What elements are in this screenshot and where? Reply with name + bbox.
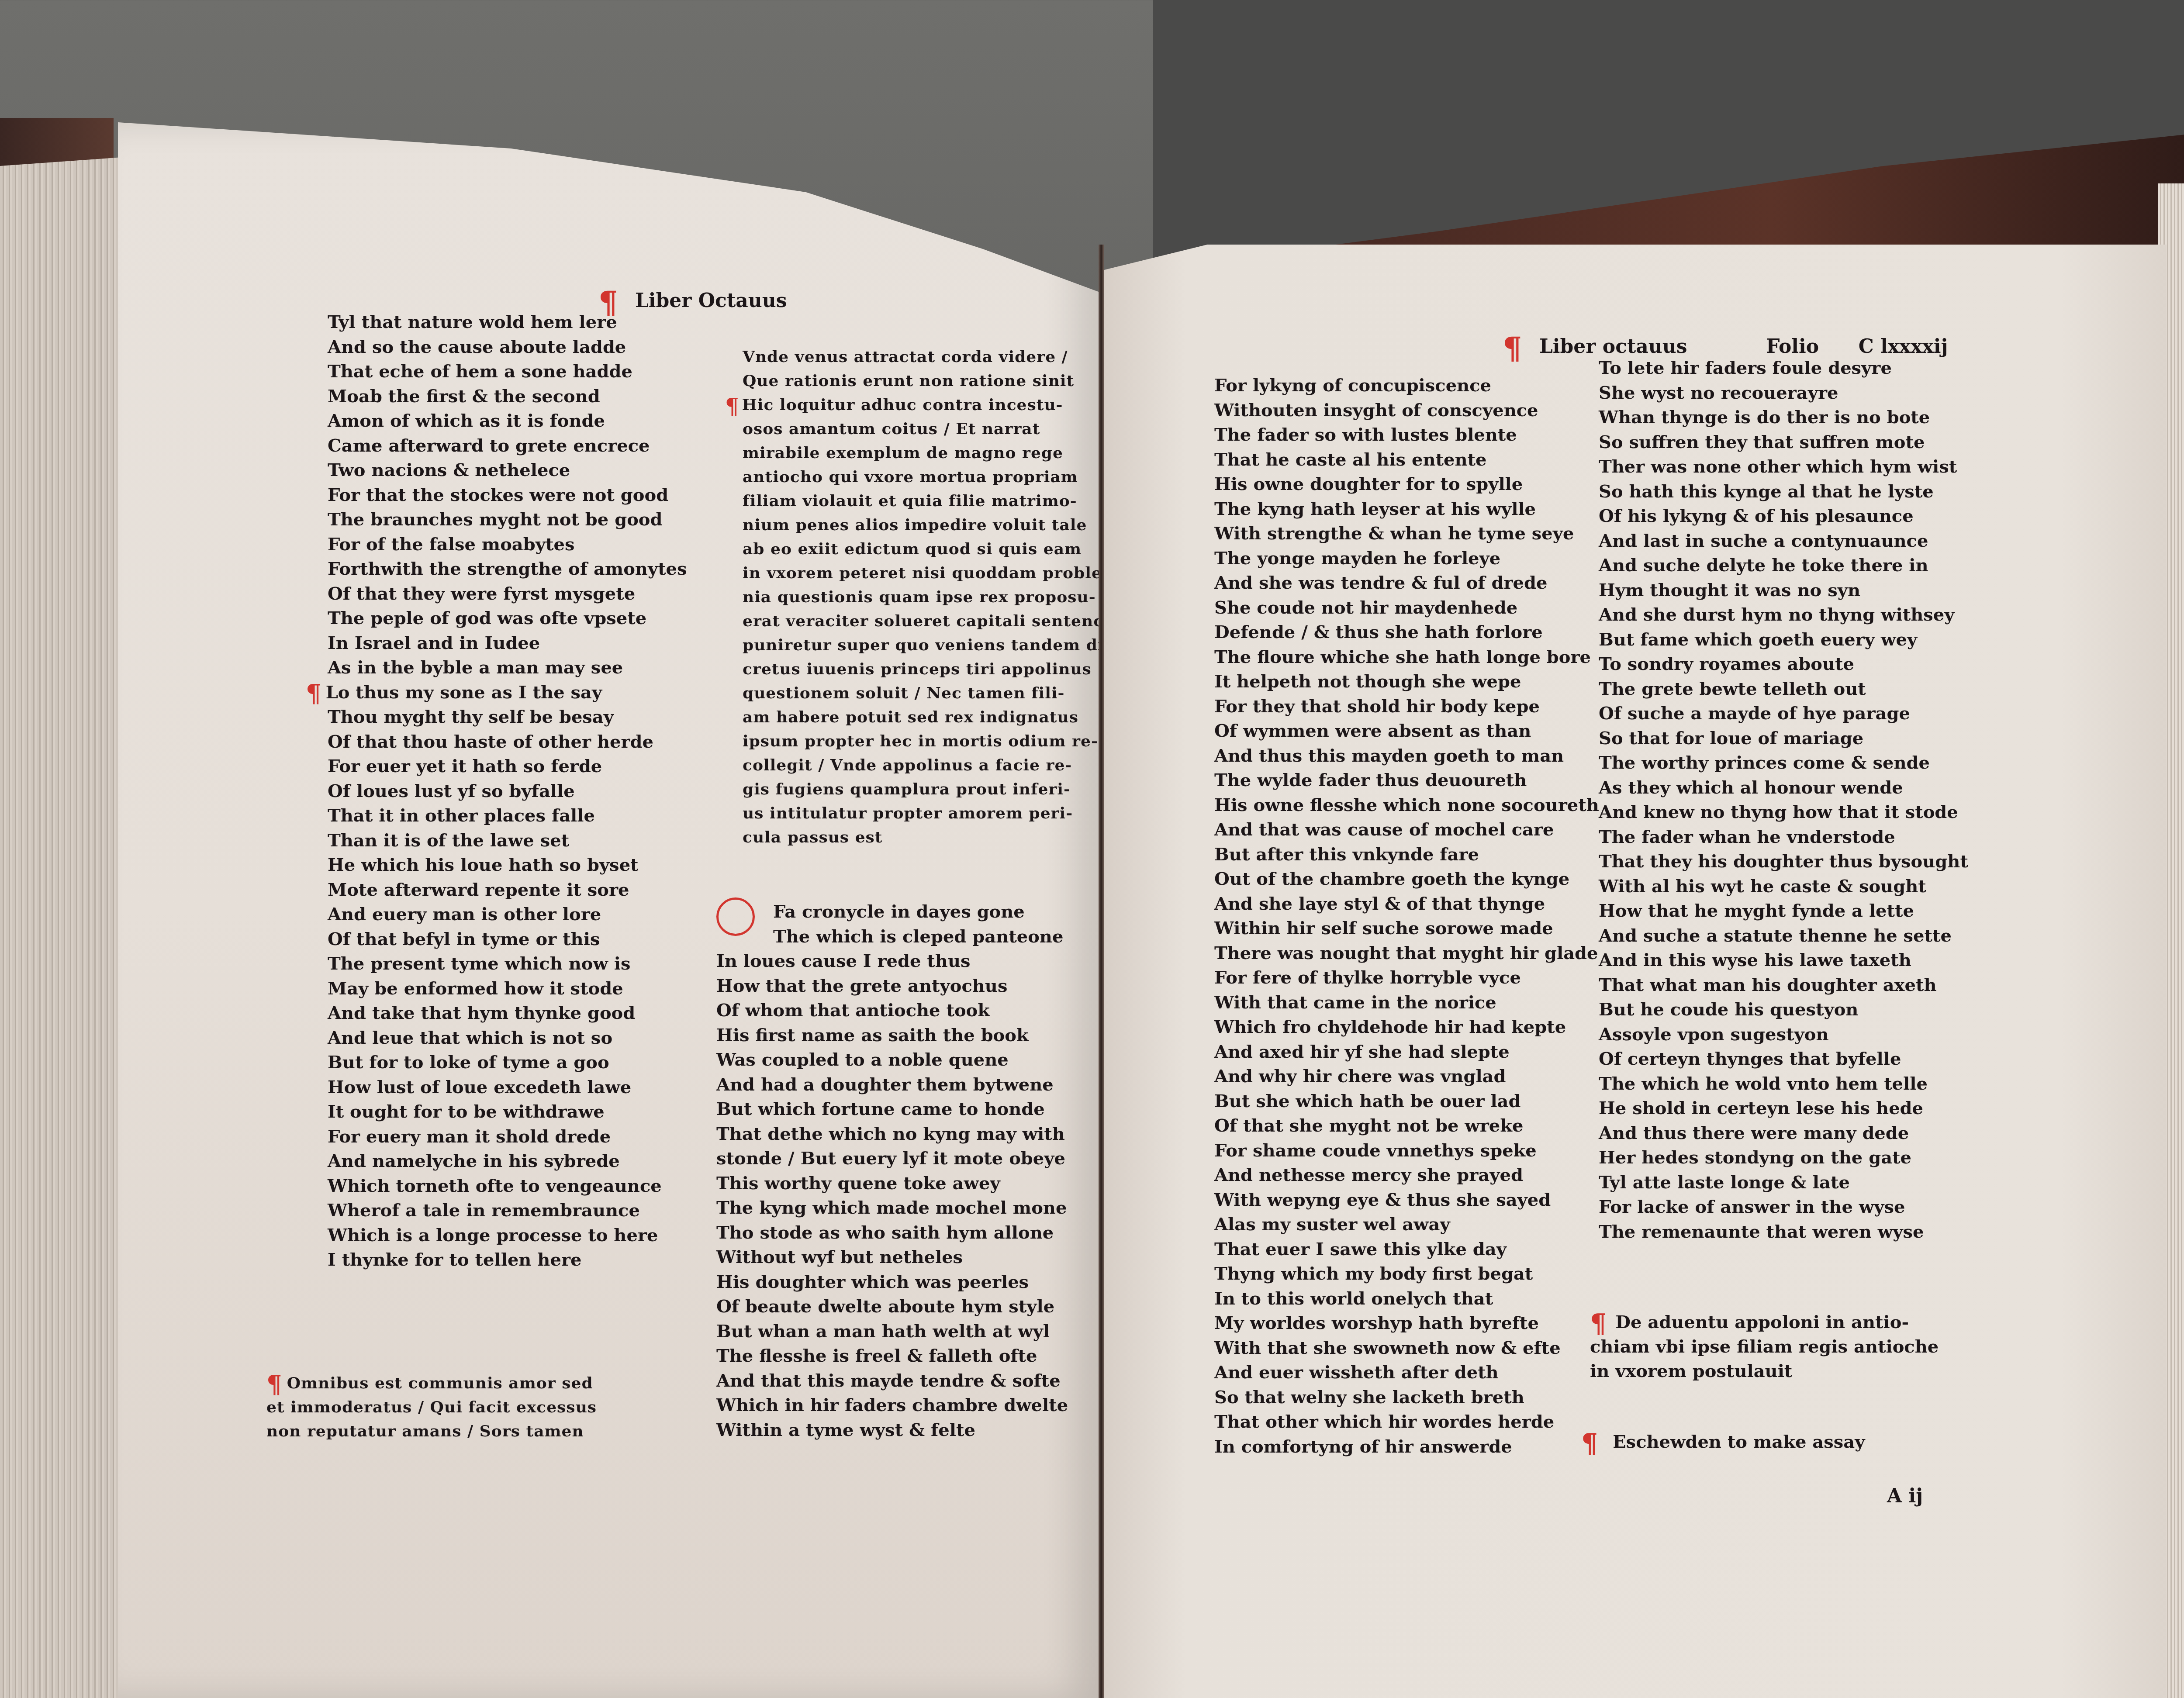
verse-line: With that she swowneth now & efte xyxy=(1214,1336,1599,1361)
verse-line: And euery man is other lore xyxy=(328,902,687,927)
verse-line: Forthwith the strengthe of amonytes xyxy=(328,557,687,582)
verse-line: With al his wyt he caste & sought xyxy=(1599,874,1968,899)
verse-line: For that the stockes were not good xyxy=(328,483,687,508)
verse-line: The which is cleped panteone xyxy=(716,925,1068,949)
verse-line: That what man his doughter axeth xyxy=(1599,973,1968,998)
verse-line: His first name as saith the book xyxy=(716,1023,1068,1048)
verse-line: And she durst hym no thyng withsey xyxy=(1599,603,1968,628)
verse-line: But he coude his questyon xyxy=(1599,997,1968,1022)
verse-line: And so the cause aboute ladde xyxy=(328,335,687,360)
verse-line: And she was tendre & ful of drede xyxy=(1214,571,1599,596)
verse-line: Than it is of the lawe set xyxy=(328,828,687,853)
verse-line: How that he myght fynde a lette xyxy=(1599,899,1968,924)
latin-line: osos amantum coitus / Et narrat xyxy=(743,417,1120,441)
verse-line: With that came in the norice xyxy=(1214,990,1599,1015)
verse-line: That euer I sawe this ylke day xyxy=(1214,1237,1599,1262)
verse-line: His doughter which was peerles xyxy=(716,1270,1068,1295)
latin-line: mirabile exemplum de magno rege xyxy=(743,441,1120,465)
pilcrow-icon: ¶ xyxy=(1590,1311,1607,1336)
verse-line: Of whom that antioche took xyxy=(716,998,1068,1023)
verse-line: Withouten insyght of conscyence xyxy=(1214,398,1599,423)
right-page-column-1: For lykyng of concupiscence Withouten in… xyxy=(1214,373,1599,1459)
verse-line: Of certeyn thynges that byfelle xyxy=(1599,1047,1968,1072)
verse-line: But she which hath be ouer lad xyxy=(1214,1089,1599,1114)
verse-line: Of that they were fyrst mysgete xyxy=(328,582,687,607)
verse-line: And knew no thyng how that it stode xyxy=(1599,800,1968,825)
verse-line: It ought for to be withdrawe xyxy=(328,1100,687,1125)
verse-line: The braunches myght not be good xyxy=(328,507,687,532)
verse-line: Which fro chyldehode hir had kepte xyxy=(1214,1015,1599,1040)
verse-line: And in this wyse his lawe taxeth xyxy=(1599,948,1968,973)
verse-line: In to this world onelych that xyxy=(1214,1287,1599,1311)
verse-line: Which in hir faders chambre dwelte xyxy=(716,1393,1068,1418)
pilcrow-icon: ¶ xyxy=(306,681,321,706)
verse-line: For fere of thylke horryble vyce xyxy=(1214,966,1599,990)
latin-line: in vxorem postulauit xyxy=(1590,1359,1939,1384)
verse-line: It helpeth not though she wepe xyxy=(1214,670,1599,694)
latin-line: antiocho qui vxore mortua propriam xyxy=(743,465,1120,489)
verse-line: May be enformed how it stode xyxy=(328,977,687,1001)
latin-line: non reputatur amans / Sors tamen xyxy=(266,1419,597,1443)
verse-line: For euer yet it hath so ferde xyxy=(328,754,687,779)
pilcrow-icon: ¶ xyxy=(266,1373,283,1397)
latin-line: ipsum propter hec in mortis odium re- xyxy=(743,729,1120,753)
latin-line: us intitulatur propter amorem peri- xyxy=(743,801,1120,825)
verse-line: This worthy quene toke awey xyxy=(716,1171,1068,1196)
signature-mark: A ij xyxy=(1887,1485,1923,1507)
verse-line: The wylde fader thus deuoureth xyxy=(1214,768,1599,793)
verse-line: The fader so with lustes blente xyxy=(1214,423,1599,448)
verse-line: How that the grete antyochus xyxy=(716,974,1068,999)
verse-line: Alas my suster wel away xyxy=(1214,1212,1599,1237)
page-block-edges-left xyxy=(0,157,122,1698)
latin-line: cula passus est xyxy=(743,825,1120,849)
verse-line: But fame which goeth euery wey xyxy=(1599,628,1968,652)
verse-line: His owne doughter for to spylle xyxy=(1214,472,1599,497)
verse-line: So hath this kynge al that he lyste xyxy=(1599,480,1968,504)
right-latin-rubric: ¶De aduentu appoloni in antio- chiam vbi… xyxy=(1590,1310,1939,1384)
latin-line: am habere potuit sed rex indignatus xyxy=(743,705,1120,729)
verse-line: Of his lykyng & of his plesaunce xyxy=(1599,504,1968,529)
verse-line: And had a doughter them bytwene xyxy=(716,1073,1068,1097)
verse-line: Hym thought it was no syn xyxy=(1599,578,1968,603)
verse-line: That dethe which no kyng may with xyxy=(716,1122,1068,1147)
verse-line: That it in other places falle xyxy=(328,804,687,828)
verse-line: Whan thynge is do ther is no bote xyxy=(1599,405,1968,430)
verse-line: And suche delyte he toke there in xyxy=(1599,553,1968,578)
verse-line: That they his doughter thus bysought xyxy=(1599,849,1968,874)
pilcrow-icon: ¶ xyxy=(1503,330,1522,366)
verse-line: Of wymmen were absent as than xyxy=(1214,719,1599,744)
pilcrow-icon: ¶ xyxy=(1581,1428,1598,1459)
verse-line: He which his loue hath so byset xyxy=(328,853,687,878)
latin-line: nia questionis quam ipse rex proposu- xyxy=(743,585,1120,609)
verse-line: But whan a man hath welth at wyl xyxy=(716,1319,1068,1344)
verse-line: So suffren they that suffren mote xyxy=(1599,430,1968,455)
verse-line: The floure whiche she hath longe bore xyxy=(1214,645,1599,670)
verse-line: And thus this mayden goeth to man xyxy=(1214,744,1599,769)
verse-line: She wyst no recouerayre xyxy=(1599,381,1968,406)
book-gutter xyxy=(1099,245,1104,1698)
verse-line: Of loues lust yf so byfalle xyxy=(328,779,687,804)
verse-line: For euery man it shold drede xyxy=(328,1125,687,1149)
verse-line-paragraph: ¶Lo thus my sone as I the say xyxy=(328,680,687,705)
verse-line: And last in suche a contynuaunce xyxy=(1599,529,1968,554)
verse-line: Moab the first & the second xyxy=(328,384,687,409)
verse-line: To sondry royames aboute xyxy=(1599,652,1968,677)
latin-line: collegit / Vnde appolinus a facie re- xyxy=(743,753,1120,777)
verse-line: And axed hir yf she had slepte xyxy=(1214,1040,1599,1065)
verse-line: In comfortyng of hir answerde xyxy=(1214,1435,1599,1460)
verse-line: And take that hym thynke good xyxy=(328,1001,687,1026)
verse-line: That other which hir wordes herde xyxy=(1214,1410,1599,1435)
rubricated-initial-o xyxy=(716,897,755,936)
verse-line: And leue that which is not so xyxy=(328,1026,687,1051)
verse-line: But after this vnkynde fare xyxy=(1214,842,1599,867)
verse-line: Two nacions & nethelece xyxy=(328,458,687,483)
verse-line: Out of the chambre goeth the kynge xyxy=(1214,867,1599,892)
verse-line: Without wyf but netheles xyxy=(716,1245,1068,1270)
left-page-column-2-verse: Fa cronycle in dayes gone The which is c… xyxy=(716,900,1068,1443)
verse-line: And euer wissheth after deth xyxy=(1214,1360,1599,1385)
verse-line: And why hir chere was vnglad xyxy=(1214,1064,1599,1089)
verse-line: That eche of hem a sone hadde xyxy=(328,359,687,384)
verse-line: And that this mayde tendre & softe xyxy=(716,1369,1068,1394)
verse-line: The worthy princes come & sende xyxy=(1599,751,1968,776)
verse-line: With wepyng eye & thus she sayed xyxy=(1214,1188,1599,1213)
verse-line: Wherof a tale in remembraunce xyxy=(328,1198,687,1223)
verse-line: As they which al honour wende xyxy=(1599,776,1968,801)
verse-line: Within hir self suche sorowe made xyxy=(1214,916,1599,941)
latin-line: et immoderatus / Qui facit excessus xyxy=(266,1395,597,1419)
verse-line: So that welny she lacketh breth xyxy=(1214,1385,1599,1410)
verse-line: My worldes worshyp hath byrefte xyxy=(1214,1311,1599,1336)
verse-line: The peple of god was ofte vpsete xyxy=(328,606,687,631)
verse-line: In Israel and in Iudee xyxy=(328,631,687,656)
left-page-column-2-latin: Vnde venus attractat corda videre / Que … xyxy=(743,345,1120,849)
verse-line: That he caste al his entente xyxy=(1214,448,1599,473)
verse-line: Ther was none other which hym wist xyxy=(1599,455,1968,480)
verse-line: I thynke for to tellen here xyxy=(328,1248,687,1273)
verse-line: For shame coude vnnethys speke xyxy=(1214,1139,1599,1163)
verse-line: With strengthe & whan he tyme seye xyxy=(1214,521,1599,546)
verse-line: For they that shold hir body kepe xyxy=(1214,694,1599,719)
verse-line: The kyng hath leyser at his wylle xyxy=(1214,497,1599,522)
verse-line: Tyl atte laste longe & late xyxy=(1599,1170,1968,1195)
verse-line: Her hedes stondyng on the gate xyxy=(1599,1146,1968,1170)
verse-line: And nethesse mercy she prayed xyxy=(1214,1163,1599,1188)
latin-line: filiam violauit et quia filie matrimo- xyxy=(743,489,1120,513)
verse-line: Of suche a mayde of hye parage xyxy=(1599,701,1968,726)
verse-line: The remenaunte that weren wyse xyxy=(1599,1220,1968,1245)
verse-line: For lacke of answer in the wyse xyxy=(1599,1195,1968,1220)
verse-line: As in the byble a man may see xyxy=(328,656,687,680)
folio-number: C lxxxxij xyxy=(1859,335,1948,358)
verse-line: Assoyle vpon sugestyon xyxy=(1599,1022,1968,1047)
verse-line: And she laye styl & of that thynge xyxy=(1214,892,1599,917)
verse-line: There was nought that myght hir glade xyxy=(1214,941,1599,966)
verse-line: Mote afterward repente it sore xyxy=(328,878,687,903)
latin-line: questionem soluit / Nec tamen fili- xyxy=(743,681,1120,705)
verse-line: She coude not hir maydenhede xyxy=(1214,596,1599,621)
latin-line: erat veraciter solueret capitali sentenc… xyxy=(743,609,1120,633)
latin-line: nium penes alios impedire voluit tale xyxy=(743,513,1120,537)
verse-line: The grete bewte telleth out xyxy=(1599,677,1968,702)
verse-line: stonde / But euery lyf it mote obeye xyxy=(716,1146,1068,1171)
verse-line: He shold in certeyn lese his hede xyxy=(1599,1096,1968,1121)
verse-line: Thyng which my body first begat xyxy=(1214,1262,1599,1287)
left-page-column-1: Tyl that nature wold hem lere And so the… xyxy=(328,310,687,1273)
verse-line: The kyng which made mochel mone xyxy=(716,1196,1068,1221)
verse-line: So that for loue of mariage xyxy=(1599,726,1968,751)
verse-line: The which he wold vnto hem telle xyxy=(1599,1072,1968,1097)
verse-line: Tyl that nature wold hem lere xyxy=(328,310,687,335)
verse-line: Which is a longe processe to here xyxy=(328,1223,687,1248)
left-latin-margin-note: ¶Omnibus est communis amor sed et immode… xyxy=(266,1371,597,1443)
verse-line: Of beaute dwelte aboute hym style xyxy=(716,1294,1068,1319)
verse-line: Defende / & thus she hath forlore xyxy=(1214,620,1599,645)
verse-line: His owne flesshe which none socoureth xyxy=(1214,793,1599,818)
verse-line: And thus there were many dede xyxy=(1599,1121,1968,1146)
verse-line: Of that thou haste of other herde xyxy=(328,730,687,755)
latin-line: puniretur super quo veniens tandem dis- xyxy=(743,633,1120,657)
catchword-line: ¶ Eschewden to make assay xyxy=(1581,1428,1865,1459)
verse-line: To lete hir faders foule desyre xyxy=(1599,356,1968,381)
verse-line: But which fortune came to honde xyxy=(716,1097,1068,1122)
verse-line: And suche a statute thenne he sette xyxy=(1599,924,1968,949)
verse-line: Thou myght thy self be besay xyxy=(328,705,687,730)
latin-line: cretus iuuenis princeps tiri appolinus xyxy=(743,657,1120,681)
verse-line: And namelyche in his sybrede xyxy=(328,1149,687,1174)
verse-line: Amon of which as it is fonde xyxy=(328,409,687,434)
verse-line: Came afterward to grete encrece xyxy=(328,434,687,459)
verse-line: The yonge mayden he forleye xyxy=(1214,546,1599,571)
verse-line: Within a tyme wyst & felte xyxy=(716,1418,1068,1443)
verse-line: Of that she myght not be wreke xyxy=(1214,1114,1599,1139)
verse-line: The present tyme which now is xyxy=(328,952,687,977)
verse-line: For of the false moabytes xyxy=(328,532,687,557)
verse-line: And that was cause of mochel care xyxy=(1214,818,1599,842)
latin-line: ab eo exiit edictum quod si quis eam xyxy=(743,537,1120,561)
latin-line: Vnde venus attractat corda videre / xyxy=(743,345,1120,369)
verse-line: Which torneth ofte to vengeaunce xyxy=(328,1174,687,1199)
verse-line: In loues cause I rede thus xyxy=(716,949,1068,974)
verse-line: The fader whan he vnderstode xyxy=(1599,825,1968,850)
latin-line: Que rationis erunt non ratione sinit xyxy=(743,369,1120,393)
verse-line: Of that befyl in tyme or this xyxy=(328,927,687,952)
latin-line: chiam vbi ipse filiam regis antioche xyxy=(1590,1335,1939,1359)
verse-line: The flesshe is freel & falleth ofte xyxy=(716,1344,1068,1369)
latin-line: in vxorem peteret nisi quoddam proble- xyxy=(743,561,1120,585)
verse-line: Was coupled to a noble quene xyxy=(716,1048,1068,1073)
verse-line: How lust of loue excedeth lawe xyxy=(328,1075,687,1100)
pilcrow-icon: ¶ xyxy=(725,394,740,418)
right-page-column-2: To lete hir faders foule desyre She wyst… xyxy=(1599,356,1968,1244)
verse-line: But for to loke of tyme a goo xyxy=(328,1050,687,1075)
latin-line: gis fugiens quamplura prout inferi- xyxy=(743,777,1120,801)
verse-line: Tho stode as who saith hym allone xyxy=(716,1221,1068,1246)
verse-line: For lykyng of concupiscence xyxy=(1214,373,1599,398)
